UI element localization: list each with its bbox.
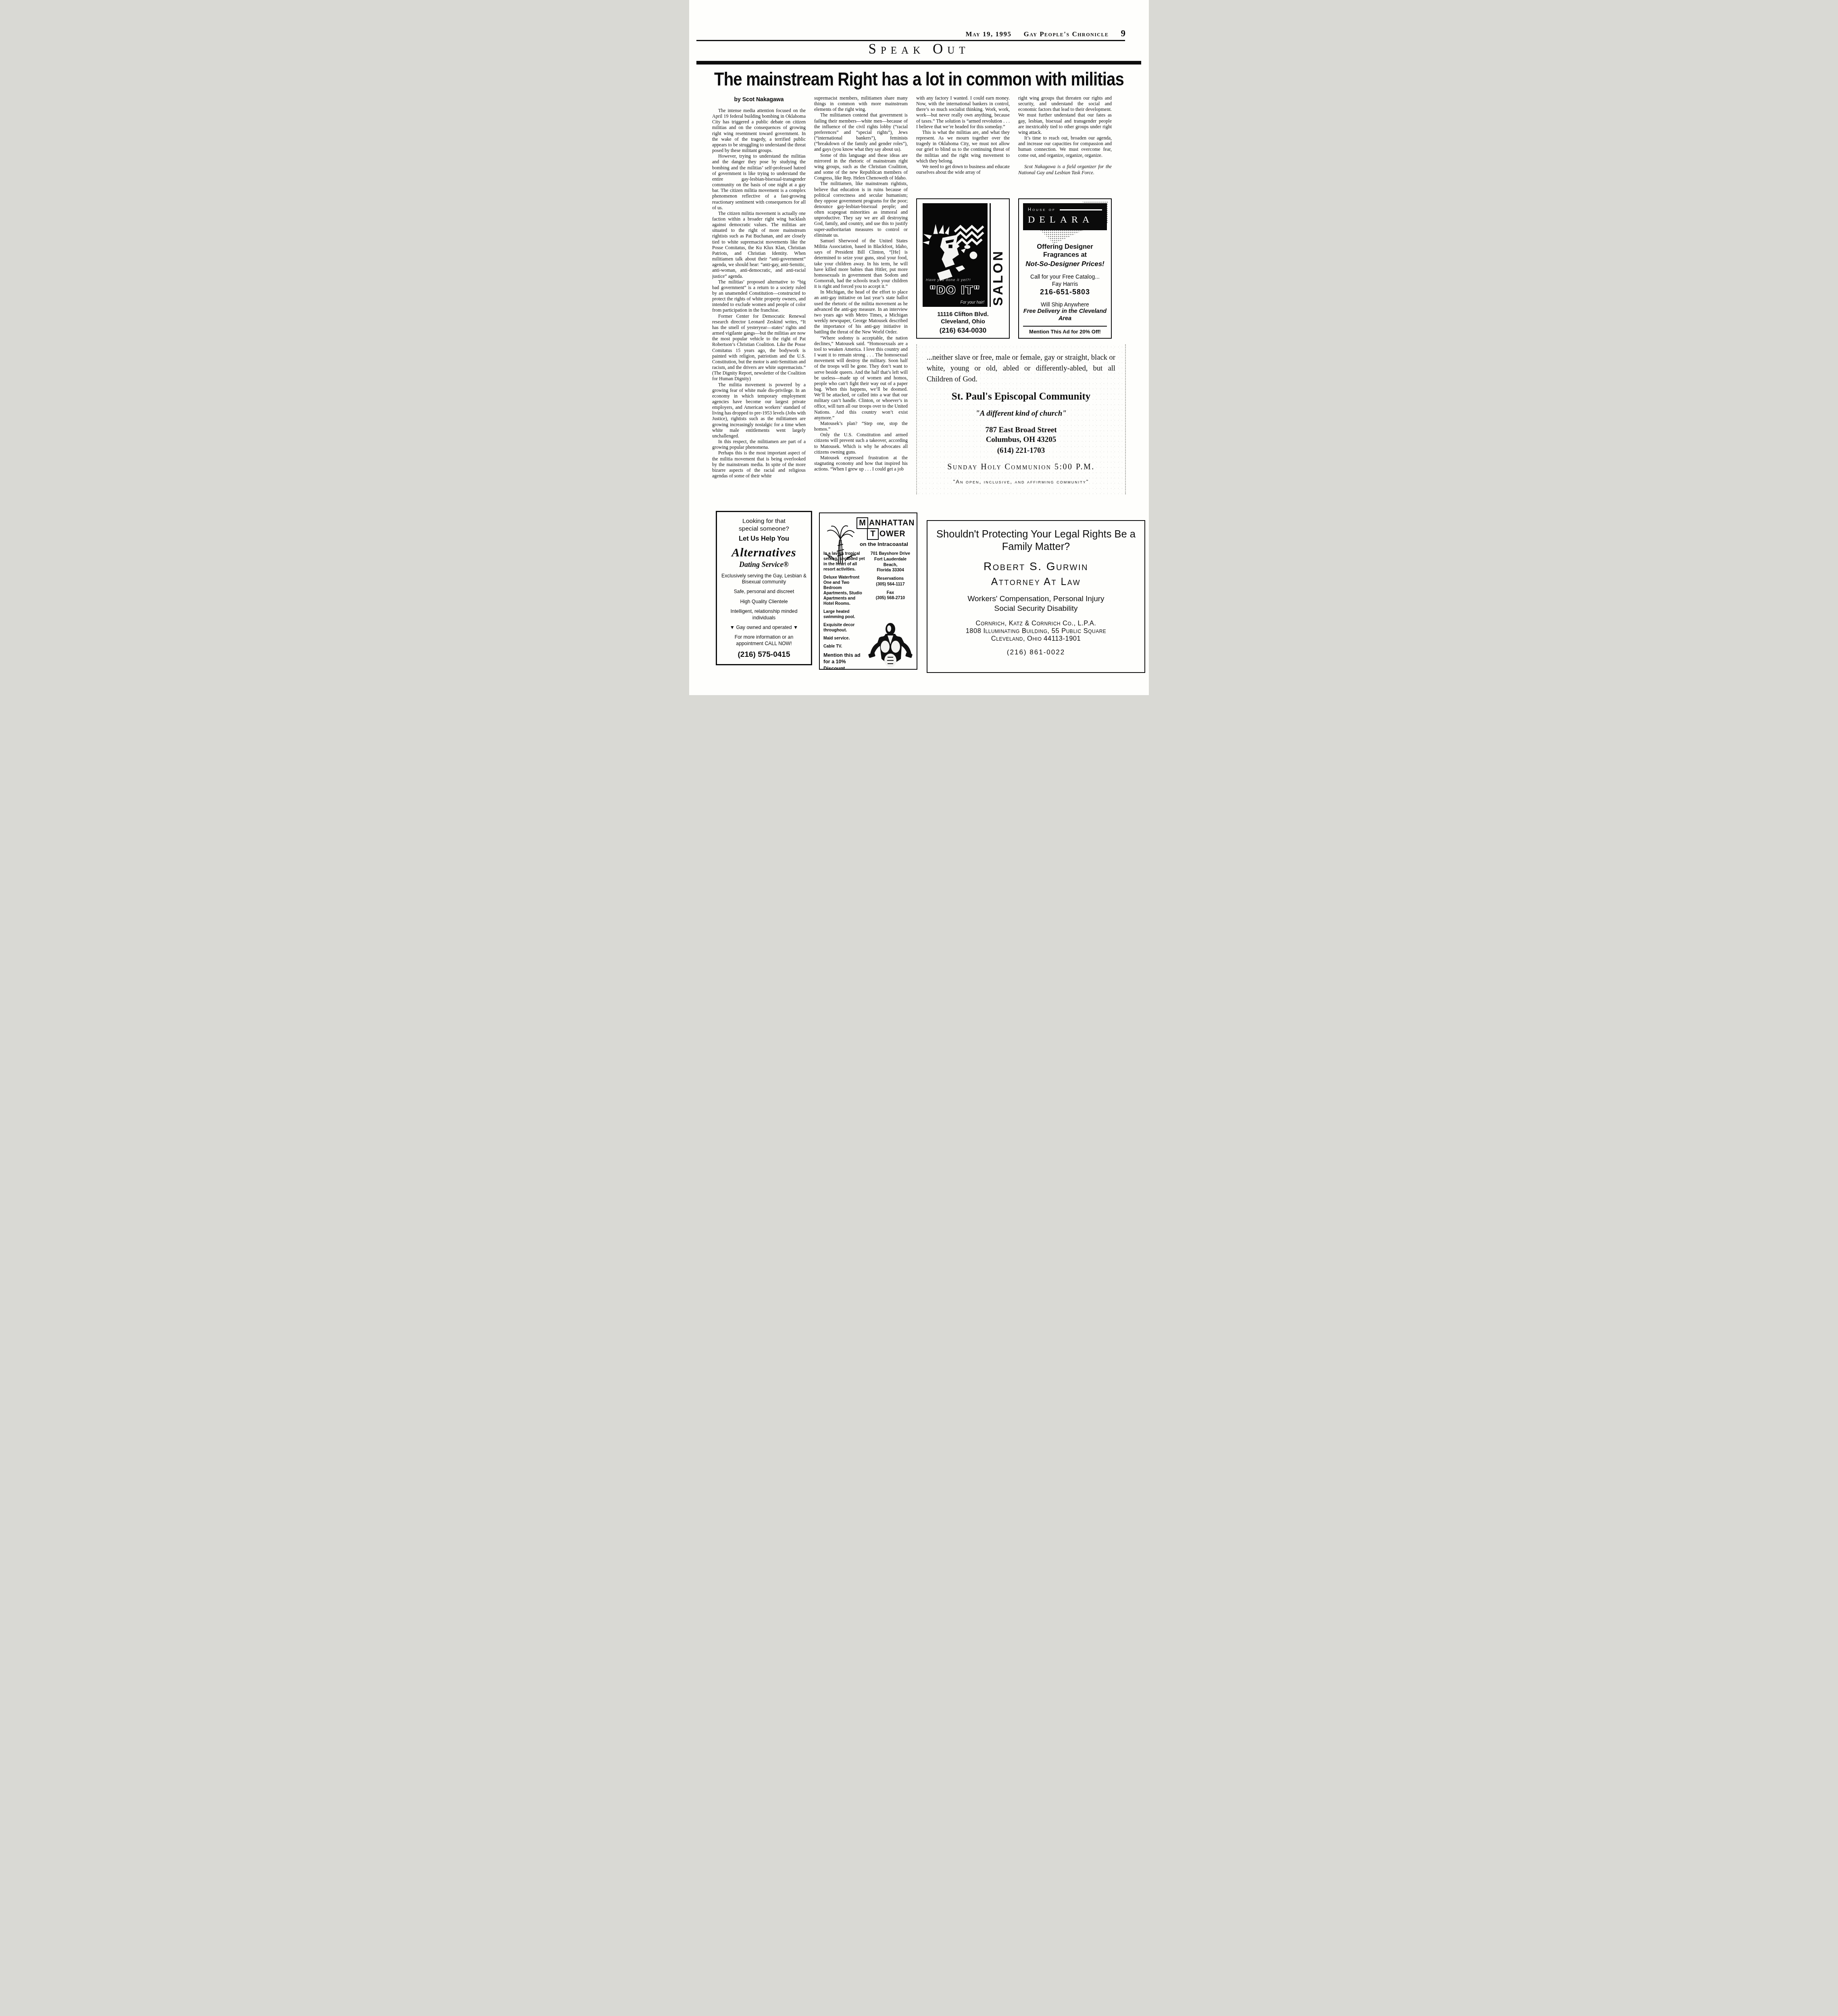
- delara-offer-line-italic: Not-So-Designer Prices!: [1023, 260, 1107, 268]
- fax-phone: (305) 568-2710: [868, 596, 913, 601]
- salon-side-label: SALON: [988, 203, 1006, 307]
- body-paragraph: In this respect, the militiamen are part…: [712, 439, 806, 450]
- issue-date: May 19, 1995: [965, 30, 1011, 38]
- stpauls-city: Columbus, OH 43205: [927, 435, 1115, 444]
- reservations-phone: (305) 564-1117: [868, 582, 913, 587]
- body-paragraph: High Quality Clientele: [721, 599, 807, 605]
- article-headline: The mainstream Right has a lot in common…: [712, 67, 1126, 90]
- reservations-label: Reservations: [868, 576, 913, 582]
- body-paragraph: Intelligent, relationship minded individ…: [721, 608, 807, 621]
- body-paragraph: Matousek expressed frustration at the st…: [814, 455, 908, 472]
- body-paragraph: It’s time to reach out, broaden our agen…: [1018, 135, 1112, 158]
- gurwin-title: Attorney At Law: [936, 576, 1136, 588]
- salon-address-line-1: 11116 Clifton Blvd.: [919, 311, 1007, 318]
- boxed-letter-m: M: [856, 517, 868, 529]
- body-paragraph: The militias’ proposed alternative to “b…: [712, 279, 806, 313]
- body-paragraph: Some of this language and these ideas ar…: [814, 152, 908, 181]
- manhattan-body: In a lavish tropical setting, secluded y…: [823, 551, 913, 670]
- body-paragraph: Only the U.S. Constitution and armed cit…: [814, 432, 908, 455]
- logo-subtitle: on the Intracoastal: [860, 541, 913, 547]
- column-4: right wing groups that threaten our righ…: [1018, 95, 1112, 339]
- salon-name: "DO IT": [930, 284, 981, 297]
- column-1: by Scot Nakagawa The intense media atten…: [712, 95, 806, 505]
- body-paragraph: The militia movement is powered by a gro…: [712, 382, 806, 439]
- delara-ad: House of DELARA Offering Designer Fragra…: [1018, 198, 1112, 339]
- author-credit: Scot Nakagawa is a field organizer for t…: [1018, 164, 1112, 176]
- stpauls-phone: (614) 221-1703: [927, 446, 1115, 455]
- body-paragraph: The intense media attention focused on t…: [712, 108, 806, 153]
- logo-word-2: OWER: [879, 529, 906, 539]
- stpauls-street: 787 East Broad Street: [927, 426, 1115, 435]
- alternatives-points: Exclusively serving the Gay, Lesbian & B…: [721, 573, 807, 647]
- manhattan-address-2: Fort Lauderdale Beach,: [868, 557, 913, 568]
- bodybuilder-photo: [868, 622, 913, 670]
- body-paragraph: right wing groups that threaten our righ…: [1018, 95, 1112, 135]
- body-paragraph: Large heated swimming pool.: [823, 609, 865, 620]
- gurwin-headline: Shouldn't Protecting Your Legal Rights B…: [936, 528, 1136, 553]
- stpauls-service-time: Sunday Holy Communion 5:00 P.M.: [927, 462, 1115, 472]
- body-paragraph: We need to get down to business and educ…: [916, 164, 1010, 175]
- logo-row-2: T OWER: [867, 528, 913, 540]
- salon-phone: (216) 634-0030: [919, 327, 1007, 335]
- salon-ad: Have you done it yet?! "DO IT" For your …: [916, 198, 1010, 339]
- logo-row-1: M ANHATTAN: [856, 517, 913, 529]
- body-paragraph: The militiamen contend that government i…: [814, 112, 908, 152]
- delara-ship-text: Will Ship Anywhere: [1023, 301, 1107, 308]
- body-paragraph: Perhaps this is the most important aspec…: [712, 450, 806, 479]
- salon-ad-top: Have you done it yet?! "DO IT" For your …: [923, 203, 1006, 307]
- body-paragraph: For more information or an appointment C…: [721, 634, 807, 647]
- body-paragraph: Exclusively serving the Gay, Lesbian & B…: [721, 573, 807, 585]
- column-4-text: right wing groups that threaten our righ…: [1018, 95, 1112, 158]
- gurwin-address: 1808 Illuminating Building, 55 Public Sq…: [936, 627, 1136, 635]
- body-paragraph: Matousek’s plan? “Step one, stop the hom…: [814, 421, 908, 432]
- delara-offer-line: Offering Designer Fragrances at: [1023, 243, 1107, 259]
- manhattan-address-1: 701 Bayshore Drive: [868, 551, 913, 557]
- alternatives-name: Alternatives: [721, 546, 807, 560]
- salon-teaser-text: Have you done it yet?!: [926, 278, 971, 282]
- delara-contact: Fay Harris: [1023, 281, 1107, 287]
- delara-mention-offer: Mention This Ad for 20% Off!: [1023, 326, 1107, 335]
- salon-tagline: For your hair!: [961, 300, 984, 305]
- body-paragraph: This is what the militias are, and what …: [916, 129, 1010, 164]
- body-paragraph: Cable TV.: [823, 644, 865, 649]
- manhattan-logo: M ANHATTAN T OWER on the Intracoastal: [856, 517, 913, 547]
- svg-text:The mainstream Right has a lot: The mainstream Right has a lot in common…: [714, 68, 1124, 90]
- salon-address-block: 11116 Clifton Blvd. Cleveland, Ohio (216…: [919, 309, 1007, 335]
- manhattan-features: In a lavish tropical setting, secluded y…: [823, 551, 865, 670]
- body-paragraph: supremacist members, militiamen share ma…: [814, 95, 908, 112]
- section-rule: [696, 61, 1141, 65]
- column-1-text: The intense media attention focused on t…: [712, 108, 806, 479]
- column-2-text: supremacist members, militiamen share ma…: [814, 95, 908, 472]
- banner-line: [1060, 209, 1102, 210]
- column-3-text: with any factory I wanted. I could earn …: [916, 95, 1010, 175]
- fax-label: Fax: [868, 590, 913, 596]
- byline: by Scot Nakagawa: [712, 96, 806, 102]
- masthead: May 19, 1995 Gay People's Chronicle 9: [965, 28, 1125, 39]
- palm-tree-icon: [825, 523, 856, 565]
- alternatives-ad: Looking for that special someone? Let Us…: [716, 511, 812, 665]
- body-paragraph: Samuel Sherwood of the United States Mil…: [814, 238, 908, 289]
- body-paragraph: ▼ Gay owned and operated ▼: [721, 625, 807, 631]
- body-paragraph: The militiamen, like mainstream rightist…: [814, 181, 908, 238]
- newspaper-page: May 19, 1995 Gay People's Chronicle 9 Sp…: [689, 0, 1149, 695]
- stpauls-ad: ...neither slave or free, male or female…: [916, 344, 1126, 494]
- alternatives-line-1: Looking for that: [721, 517, 807, 525]
- delara-phone: 216-651-5803: [1023, 288, 1107, 296]
- manhattan-feature-list: In a lavish tropical setting, secluded y…: [823, 551, 865, 652]
- gurwin-city: Cleveland, Ohio 44113-1901: [936, 635, 1136, 643]
- gurwin-practice-1: Workers' Compensation, Personal Injury: [936, 595, 1136, 604]
- body-paragraph: Former Center for Democratic Renewal res…: [712, 313, 806, 382]
- alternatives-line-2: special someone?: [721, 525, 807, 533]
- body-paragraph: The citizen militia movement is actually…: [712, 210, 806, 279]
- delara-house-of: House of: [1028, 207, 1102, 212]
- stpauls-tagline: "A different kind of church": [927, 409, 1115, 418]
- gurwin-firm: Cornrich, Katz & Cornrich Co., L.P.A.: [936, 620, 1136, 627]
- manhattan-tower-ad: M ANHATTAN T OWER on the Intracoastal In…: [819, 512, 917, 670]
- manhattan-address-3: Florida 33304: [868, 568, 913, 573]
- delara-banner-wrap: House of DELARA: [1023, 203, 1107, 230]
- gurwin-name: Robert S. Gurwin: [936, 560, 1136, 573]
- body-paragraph: “Where sodomy is acceptable, the nation …: [814, 335, 908, 421]
- manhattan-mention-offer: Mention this ad for a 10% Discount: [823, 652, 865, 670]
- body-paragraph: with any factory I wanted. I could earn …: [916, 95, 1010, 129]
- gurwin-practice-2: Social Security Disability: [936, 604, 1136, 613]
- alternatives-phone: (216) 575-0415: [721, 650, 807, 659]
- boxed-letter-t: T: [867, 528, 879, 540]
- delara-delivery-text: Free Delivery in the Cleveland Area: [1023, 308, 1107, 322]
- article-columns: by Scot Nakagawa The intense media atten…: [712, 95, 1126, 505]
- delara-house-of-text: House of: [1028, 207, 1056, 212]
- body-paragraph: Safe, personal and discreet: [721, 589, 807, 595]
- body-paragraph: However, trying to understand the militi…: [712, 153, 806, 210]
- publication-name: Gay People's Chronicle: [1023, 30, 1109, 38]
- body-paragraph: Exquisite decor throughout.: [823, 623, 865, 633]
- body-paragraph: Deluxe Waterfront One and Two Bedroom Ap…: [823, 575, 865, 606]
- body-paragraph: In Michigan, the head of the effort to p…: [814, 289, 908, 335]
- column-2: supremacist members, militiamen share ma…: [814, 95, 908, 505]
- salon-art-panel: Have you done it yet?! "DO IT" For your …: [923, 203, 988, 307]
- delara-banner: House of DELARA: [1023, 203, 1107, 230]
- gurwin-phone: (216) 861-0022: [936, 648, 1136, 656]
- stpauls-footer: "An open, inclusive, and affirming commu…: [927, 479, 1115, 485]
- page-number: 9: [1121, 28, 1126, 39]
- stpauls-name: St. Paul's Episcopal Community: [927, 391, 1115, 402]
- section-title: Speak Out: [689, 42, 1149, 57]
- logo-word-1: ANHATTAN: [869, 519, 915, 528]
- body-paragraph: Maid service.: [823, 636, 865, 641]
- stpauls-scripture: ...neither slave or free, male or female…: [927, 352, 1115, 385]
- salon-vertical-text: SALON: [991, 203, 1006, 307]
- gurwin-ad: Shouldn't Protecting Your Legal Rights B…: [927, 520, 1145, 673]
- columns-3-4: with any factory I wanted. I could earn …: [916, 95, 1126, 339]
- delara-name: DELARA: [1028, 215, 1102, 225]
- column-3: with any factory I wanted. I could earn …: [916, 95, 1010, 339]
- alternatives-subname: Dating Service®: [721, 560, 807, 569]
- right-half: with any factory I wanted. I could earn …: [916, 95, 1126, 505]
- manhattan-contact: 701 Bayshore Drive Fort Lauderdale Beach…: [868, 551, 913, 670]
- delara-call-text: Call for your Free Catalog...: [1023, 273, 1107, 280]
- alternatives-line-3: Let Us Help You: [721, 535, 807, 543]
- salon-address-line-2: Cleveland, Ohio: [919, 318, 1007, 325]
